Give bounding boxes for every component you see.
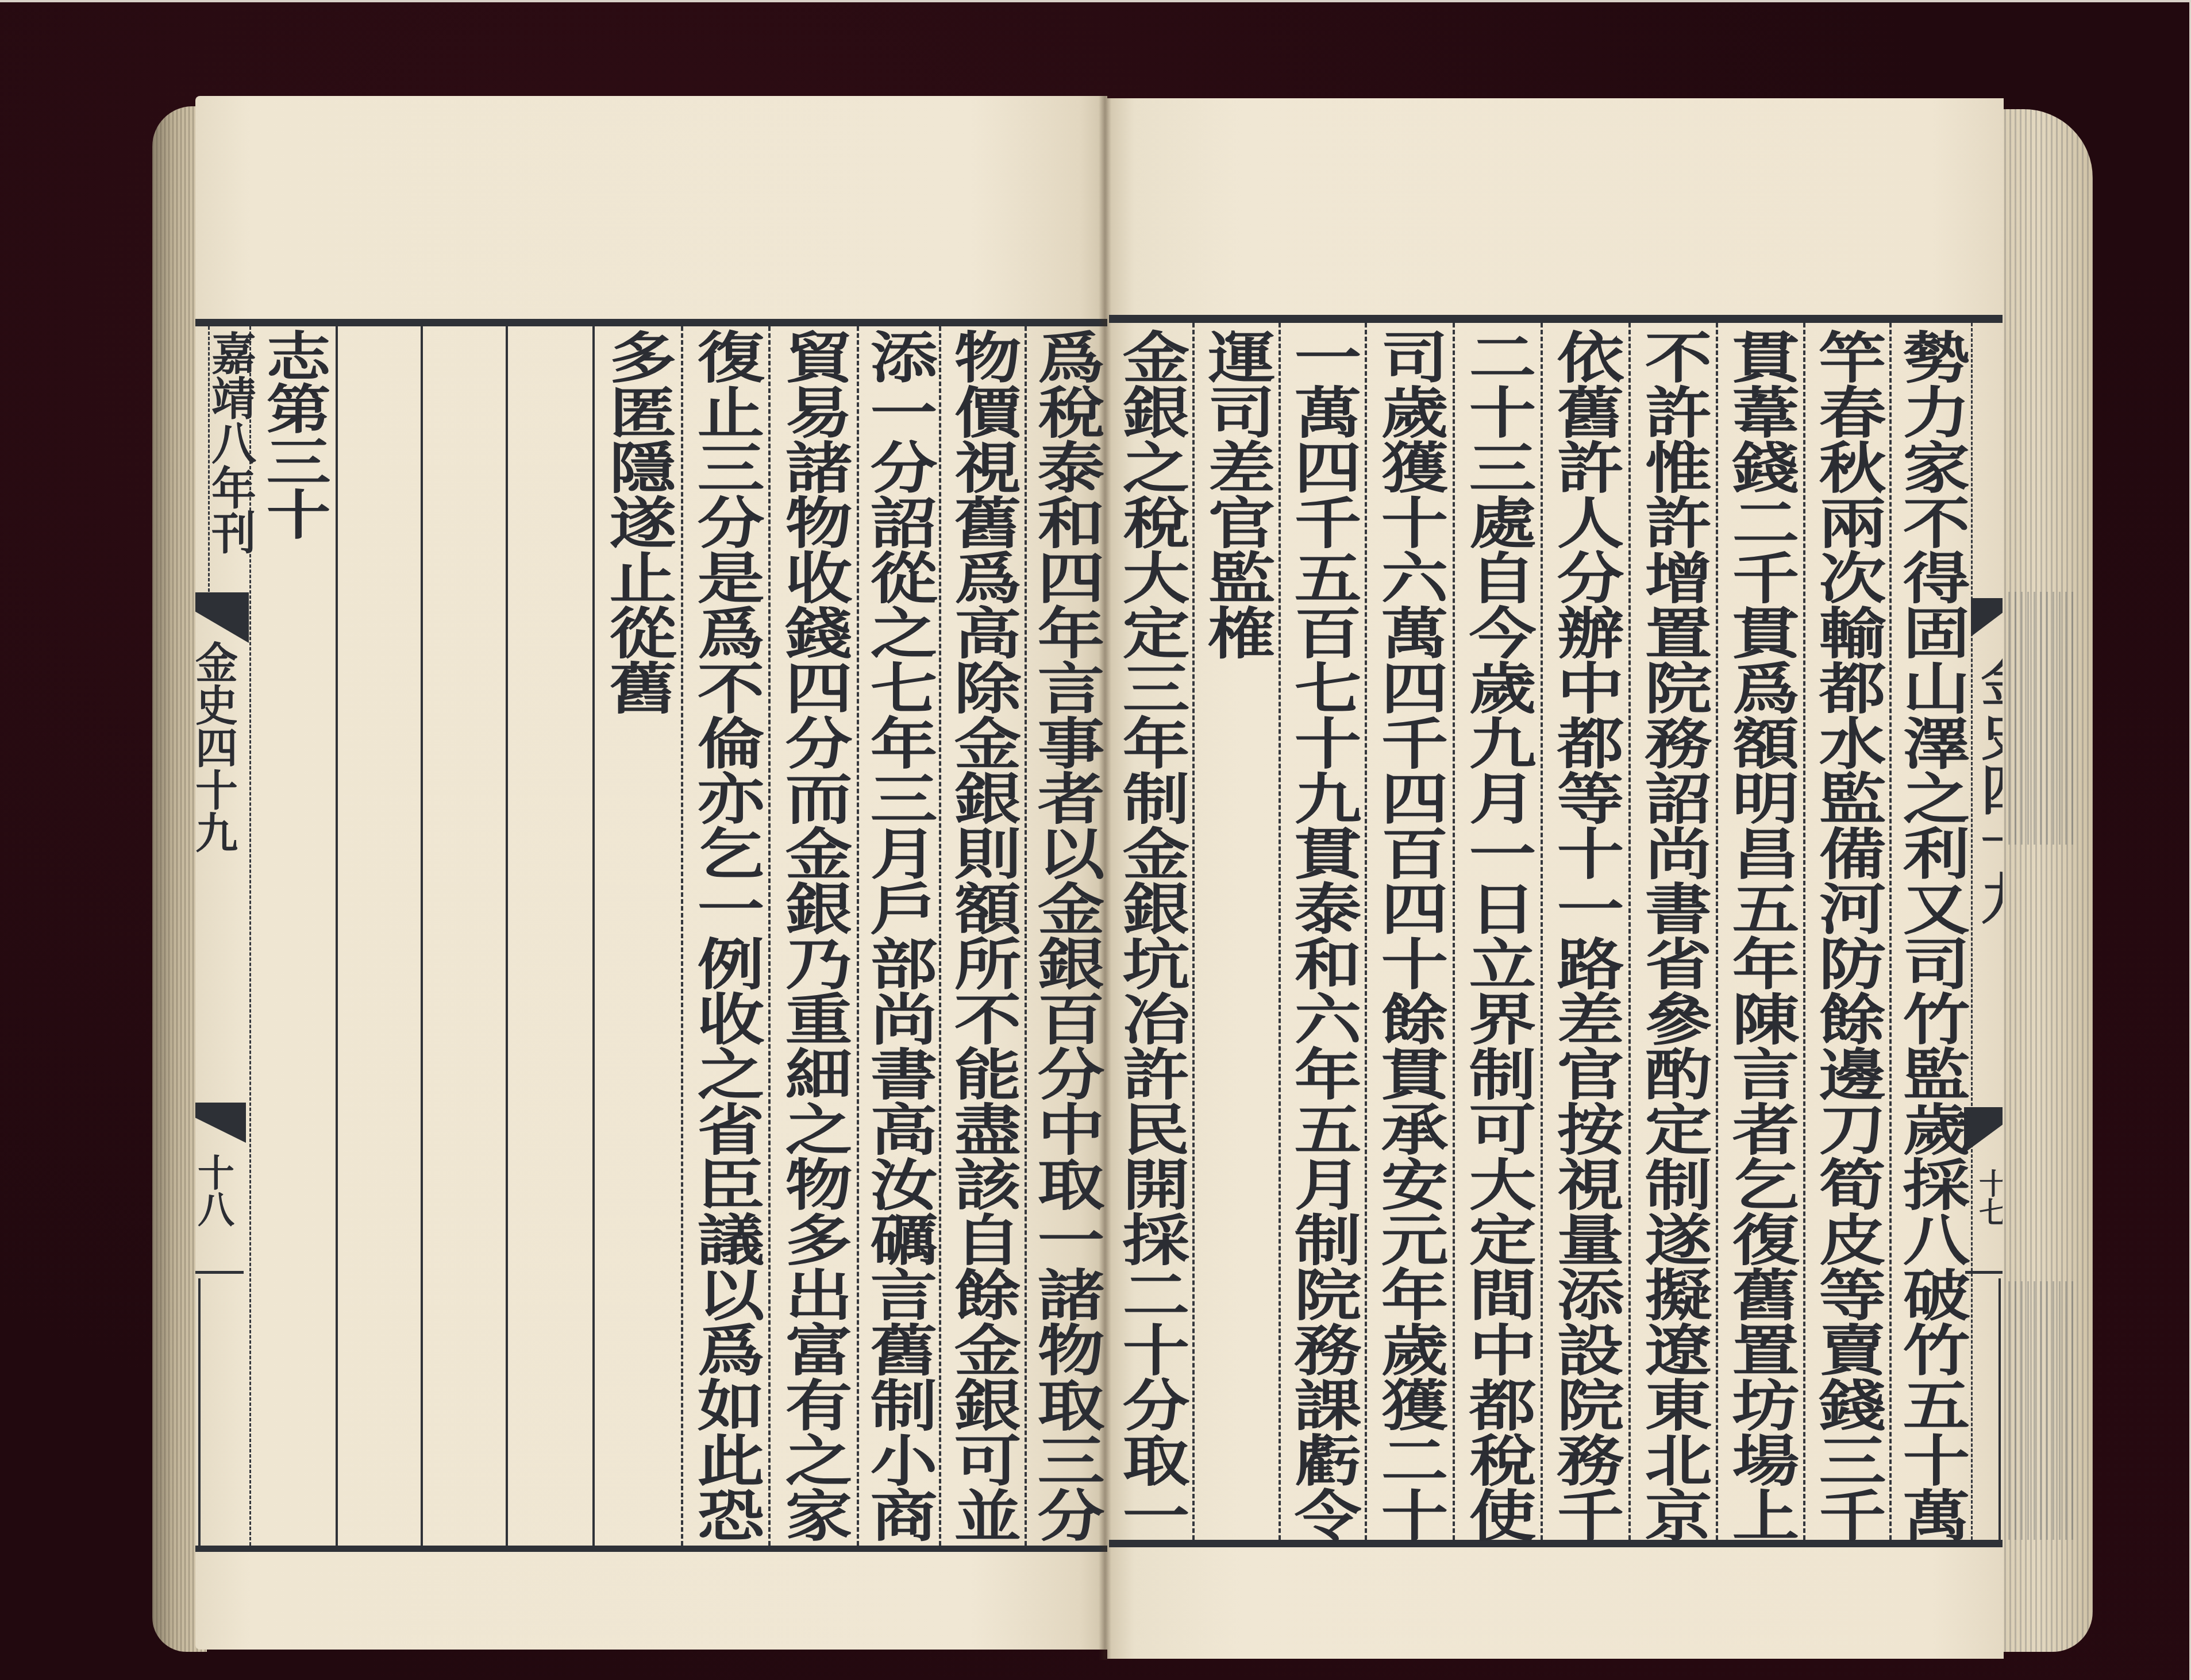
column-rule [857,326,859,1546]
text-column: 物價視舊爲高除金銀則額所不能盡該自餘金銀可並 [949,329,1016,1547]
banxin-page-number: 十八 [194,1154,231,1227]
text-column: 復止三分是爲不倫亦乞一例收之省臣議以爲如此恐 [692,329,759,1547]
scan-border-top [0,0,2191,2]
column-rule [768,326,771,1546]
banxin-page-number-clip: 十七 [1977,1169,2003,1232]
text-column: 勢力家不得固山澤之利又司竹監歲採八破竹五十萬 [1897,329,1965,1547]
column-rule [1803,323,1805,1540]
text-column: 不許惟許增置院務詔尚書省參酌定制遂擬遼東北京 [1639,329,1707,1547]
column-rule [1889,323,1892,1540]
text-column: 運司差官監榷 [1203,329,1270,1547]
right-frame-top-border [1109,315,2003,323]
text-column: 一萬四千五百七十九貫泰和六年五月制院務課虧令 [1289,329,1356,1547]
text-column: 貫葦錢二千貫爲額明昌五年陳言者乞復舊置坊場上 [1727,329,1794,1547]
column-rule [592,326,595,1546]
column-rule [681,326,683,1546]
banxin-book-title: 金史四十九 [192,641,234,853]
banxin-page-number: 十七 [1977,1169,2003,1226]
column-rule [336,326,338,1546]
column-rule [1192,323,1195,1540]
column-rule [506,326,508,1546]
empty-column [432,329,499,1547]
banxin-divider [195,1271,244,1274]
text-column: 貿易諸物收錢四分而金銀乃重細之物多出富有之家 [780,329,847,1547]
text-column: 二十三處自今歲九月一日立界制可大定間中都稅使 [1464,329,1531,1547]
banxin-book-title: 金史四十九 [1977,652,2003,925]
left-frame-top-border [195,319,1107,326]
banxin-edition-label: 嘉靖八年刊 [210,330,250,554]
banxin-lower-line [198,1278,201,1546]
section-heading-column: 金銀之稅大定三年制金銀坑冶許民開採二十分取一 [1117,329,1184,1547]
right-stack-ink-bleed [2008,592,2077,845]
right-stack-ink-bleed [2008,1281,2077,1540]
column-rule [1716,323,1718,1540]
column-rule [421,326,423,1546]
empty-column [345,329,413,1547]
column-rule [1628,323,1631,1540]
chapter-label: 志第三十 [260,329,327,1547]
book-gutter [1099,96,1111,1660]
column-rule [939,326,941,1546]
empty-column [517,329,584,1547]
text-column: 司歲獲十六萬四千四百四十餘貫承安元年歲獲二十 [1376,329,1443,1547]
text-column: 依舊許人分辦中都等十一路差官按視量添設院務千 [1551,329,1619,1547]
column-rule [1279,323,1281,1540]
text-column: 竿春秋兩次輸都水監備河防餘邊刀筍皮等賣錢三千 [1813,329,1881,1547]
banxin-title-clip: 金史四十九 [1977,652,2003,951]
column-rule [1541,323,1543,1540]
text-column: 添一分詔從之七年三月戶部尚書高汝礪言舊制小商 [865,329,932,1547]
column-rule [1453,323,1455,1540]
text-column: 爲稅泰和四年言事者以金銀百分中取一諸物取三分 [1032,329,1099,1547]
banxin-lower-line [1999,1278,2001,1540]
text-column: 多匿隱遂止從舊 [604,329,671,1547]
column-rule [1365,323,1367,1540]
